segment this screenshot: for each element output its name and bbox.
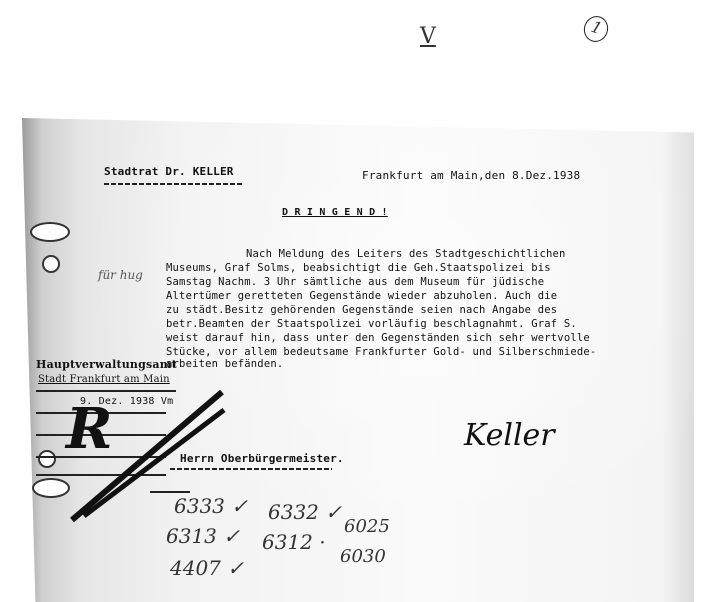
- addressee-underline: [170, 468, 332, 470]
- strike-through-marks: [0, 0, 728, 602]
- number: 4407 ✓: [170, 556, 244, 580]
- number: 6025: [344, 516, 390, 537]
- number: 6312 ·: [262, 530, 326, 554]
- addressee: Herrn Oberbürgermeister.: [180, 452, 344, 465]
- number: 6332 ✓: [268, 500, 342, 524]
- number: 6333 ✓: [174, 494, 248, 518]
- signature: Keller: [464, 418, 555, 453]
- number: 6030: [340, 546, 386, 567]
- number-rule: [150, 491, 190, 493]
- number: 6313 ✓: [166, 524, 240, 548]
